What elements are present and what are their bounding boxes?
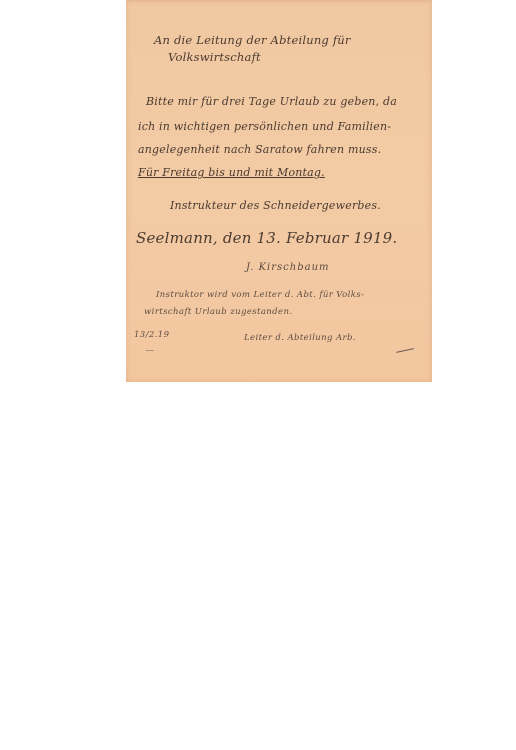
signature: J. Kirschbaum xyxy=(246,262,330,273)
address-line-1: An die Leitung der Abteilung für xyxy=(154,33,351,47)
address-line-2: Volkswirtschaft xyxy=(168,50,261,64)
sender-title: Instrukteur des Schneidergewerbes. xyxy=(170,199,381,212)
signature-flourish xyxy=(396,348,414,353)
annotation-line-2: wirtschaft Urlaub zugestanden. xyxy=(144,307,292,317)
annotation-line-1: Instruktor wird vom Leiter d. Abt. für V… xyxy=(156,290,364,300)
body-line-2: ich in wichtigen persönlichen und Famili… xyxy=(138,120,391,133)
place-date: Seelmann, den 13. Februar 1919. xyxy=(136,229,397,247)
body-line-3: angelegenheit nach Saratow fahren muss. xyxy=(138,143,381,156)
annotation-signature: Leiter d. Abteilung Arb. xyxy=(244,333,356,343)
body-line-4: Für Freitag bis und mit Montag. xyxy=(138,166,325,179)
ink-mark xyxy=(146,350,154,351)
document-page: An die Leitung der Abteilung für Volkswi… xyxy=(126,0,432,382)
body-line-1: Bitte mir für drei Tage Urlaub zu geben,… xyxy=(146,95,397,108)
annotation-date: 13/2.19 xyxy=(134,330,169,340)
